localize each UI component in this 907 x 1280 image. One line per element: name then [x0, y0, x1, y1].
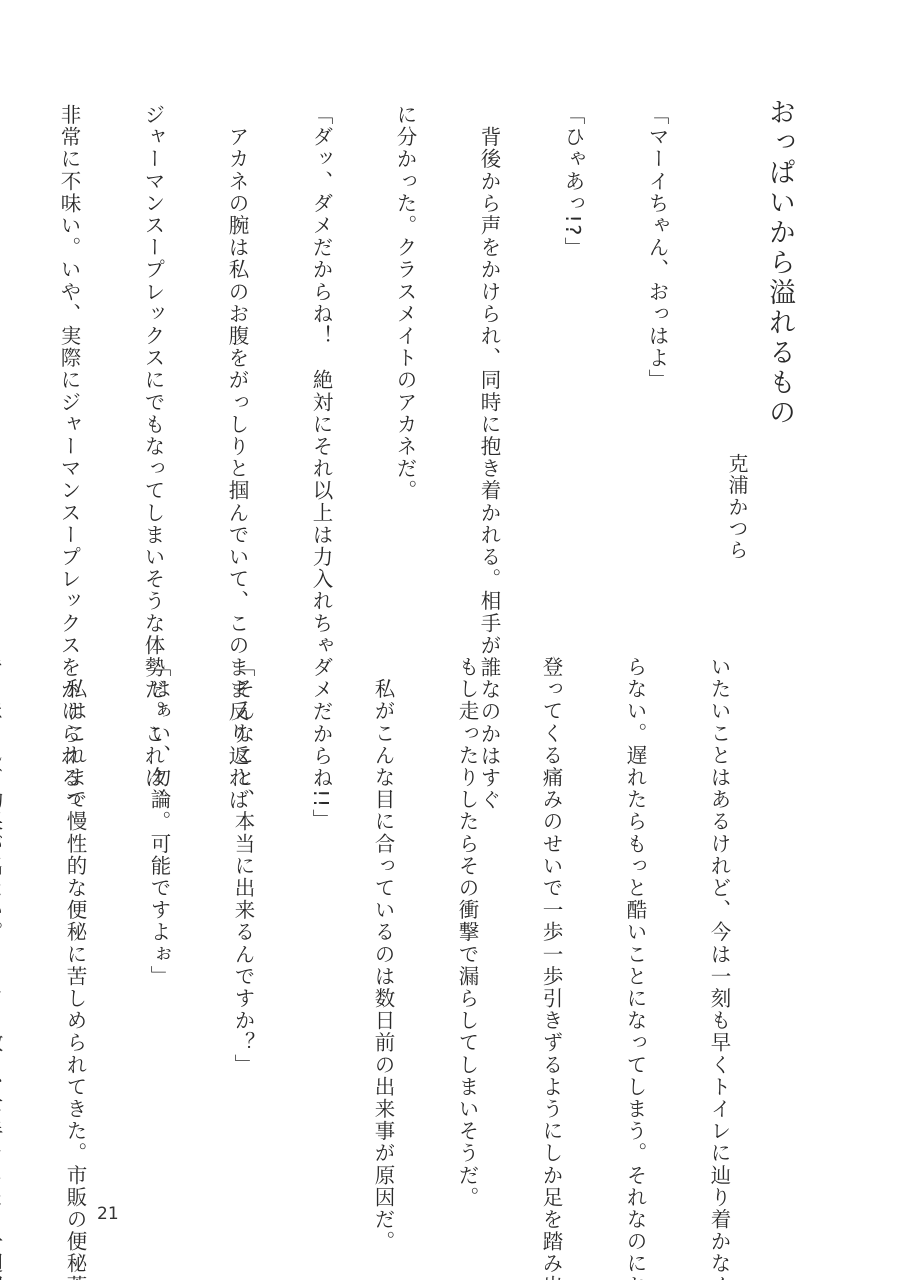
page-number: 21: [97, 1204, 119, 1224]
text-block-bottom: いたいことはあるけれど、今は一刻も早くトイレに辿り着かなくちゃな らない。遅れた…: [0, 656, 789, 1196]
text-column: ジャーマンスープレックスにでもなってしまいそうな体勢だ。これは、: [139, 104, 167, 634]
text-column: 「ダッ、ダメだからね！ 絶対にそれ以上は力入れちゃダメだからね!!」: [307, 104, 335, 634]
text-column: 背後から声をかけられ、同時に抱き着かれる。相手が誰なのかはすぐ: [475, 104, 503, 634]
text-column: アカネの腕は私のお腹をがっしりと掴んでいて、このまま反り返れば: [223, 104, 251, 634]
text-column: 「はぁい、勿論。可能ですよぉ」: [145, 656, 173, 1196]
text-column: いたいことはあるけれど、今は一刻も早くトイレに辿り着かなくちゃな: [705, 656, 733, 1196]
text-column: 非常に不味い。いや、実際にジャーマンスープレックスをかけられるっ: [55, 104, 83, 634]
text-column: 私がこんな目に合っているのは数日前の出来事が原因だ。: [369, 656, 397, 1196]
text-block-top: 「マーイちゃん、おっはよ」 「ひゃあっ!?」 背後から声をかけられ、同時に抱き着…: [0, 104, 727, 634]
text-column: でもほとんど効果が出ない。よくても数日、下手をしたら一週間以上お: [0, 656, 5, 1196]
text-column: 私はこれまで慢性的な便秘に苦しめられてきた。市販の便秘薬を飲ん: [61, 656, 89, 1196]
story-title: おっぱいから溢れるもの: [762, 98, 796, 428]
author-name: 克浦かつら: [723, 453, 752, 561]
text-column: 「そんなこと、本当に出来るんですか？」: [229, 656, 257, 1196]
text-column: 登ってくる痛みのせいで一歩一歩引きずるようにしか足を踏み出せない。: [537, 656, 565, 1196]
text-column: もし走ったりしたらその衝撃で漏らしてしまいそうだ。: [453, 656, 481, 1196]
text-column: に分かった。クラスメイトのアカネだ。: [391, 104, 419, 634]
text-column: らない。遅れたらもっと酷いことになってしまう。それなのにお腹から: [621, 656, 649, 1196]
book-page: おっぱいから溢れるもの 克浦かつら 「マーイちゃん、おっはよ」 「ひゃあっ!?」…: [0, 0, 907, 1280]
text-column: 「ひゃあっ!?」: [559, 104, 587, 634]
text-column: 「マーイちゃん、おっはよ」: [643, 104, 671, 634]
